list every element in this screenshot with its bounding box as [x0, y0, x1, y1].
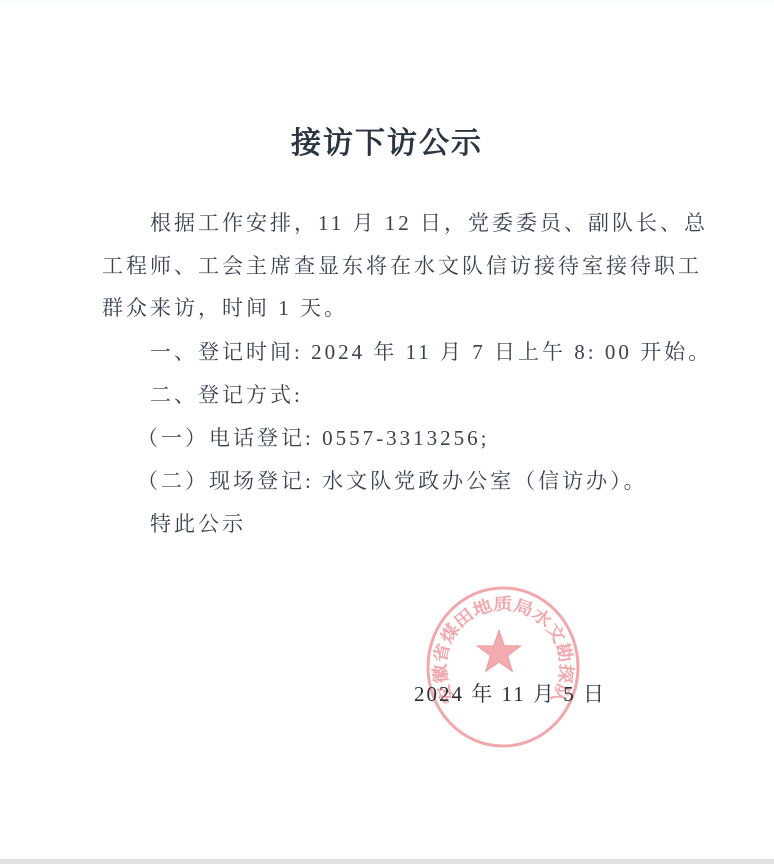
body-line: 工程师、工会主席查显东将在水文队信访接待室接待职工 — [102, 250, 702, 280]
issue-date: 2024 年 11 月 5 日 — [414, 678, 606, 708]
scan-artifact-top — [0, 0, 774, 7]
official-seal: 安徽省煤田地质局水文勘探队 — [424, 585, 582, 751]
scanned-notice-page: 接访下访公示 根据工作安排，11 月 12 日，党委委员、副队长、总 工程师、工… — [0, 0, 774, 868]
body-line-closing: 特此公示 — [150, 508, 246, 538]
body-line-registration-method: 二、登记方式: — [150, 379, 303, 409]
star-icon — [477, 630, 521, 672]
body-line-registration-time: 一、登记时间: 2024 年 11 月 7 日上午 8: 00 开始。 — [150, 336, 712, 366]
body-line: 根据工作安排，11 月 12 日，党委委员、副队长、总 — [150, 207, 708, 237]
body-line-phone-registration: （一）电话登记: 0557-3313256; — [137, 422, 489, 452]
body-line-onsite-registration: （二）现场登记: 水文队党政办公室（信访办）。 — [137, 465, 648, 495]
body-line: 群众来访，时间 1 天。 — [102, 292, 348, 322]
notice-title: 接访下访公示 — [0, 118, 774, 162]
scan-artifact-bottom — [0, 859, 774, 864]
